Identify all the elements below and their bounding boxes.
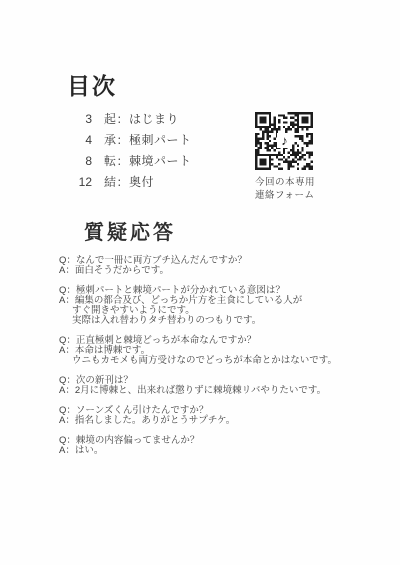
qa-block: Q：ソーンズくん引けたんですか？ A：指名しました。ありがとうサプチケ。: [59, 406, 379, 426]
qa-block: Q：次の新刊は？ A：2月に博棘と、出来れば懲りずに棘境棘リバやりたいです。: [59, 376, 379, 396]
qa-answer: A：2月に博棘と、出来れば懲りずに棘境棘リバやりたいです。: [59, 386, 379, 396]
toc-page-number: 4: [60, 133, 104, 147]
toc-label: 結：奥付: [104, 173, 154, 190]
toc-label: 起：はじまり: [104, 110, 179, 127]
toc-page-number: 3: [60, 112, 104, 126]
toc-list: 3 起：はじまり 4 承：極刺パート 8 転：棘境パート 12 結：奥付: [60, 110, 260, 194]
qa-section: Q：なんで一冊に両方ブチ込んだんですか？ A：面白そうだからです。 Q：極刺パー…: [59, 256, 379, 466]
qa-answer-line: ウニもカモメも両方受けなのでどっちが本命とかはないです。: [59, 356, 379, 366]
doujinshi-toc-page: 目次 3 起：はじまり 4 承：極刺パート 8 転：棘境パート 12 結：奥付 …: [0, 0, 400, 565]
qr-caption-line2: 連絡フォーム: [255, 189, 315, 202]
toc-heading: 目次: [67, 68, 117, 101]
qa-answer-line: 実際は入れ替わりタチ替わりのつもりです。: [59, 316, 379, 326]
qa-block: Q：極刺パートと棘境パートが分かれている意図は？ A：編集の都合及び、どっちか片…: [59, 286, 379, 326]
toc-page-number: 12: [60, 175, 104, 189]
qa-block: Q：正直極刺と棘境どっちが本命なんですか？ A：本命は博棘です。 ウニもカモメも…: [59, 336, 379, 366]
toc-row: 12 結：奥付: [60, 173, 260, 194]
qa-block: Q：なんで一冊に両方ブチ込んだんですか？ A：面白そうだからです。: [59, 256, 379, 276]
toc-row: 3 起：はじまり: [60, 110, 260, 131]
toc-page-number: 8: [60, 154, 104, 168]
toc-label: 承：極刺パート: [104, 131, 192, 148]
music-note-icon: ♪: [277, 133, 292, 148]
toc-row: 4 承：極刺パート: [60, 131, 260, 152]
qa-answer: A：指名しました。ありがとうサプチケ。: [59, 416, 379, 426]
toc-label: 転：棘境パート: [104, 152, 192, 169]
qa-answer: A：はい。: [59, 446, 379, 456]
qa-block: Q：棘境の内容偏ってませんか？ A：はい。: [59, 436, 379, 456]
qa-answer: A：面白そうだからです。: [59, 266, 379, 276]
qr-caption-line1: 今回の本専用: [255, 176, 315, 189]
qa-heading: 質疑応答: [84, 216, 176, 245]
qa-question: Q：棘境の内容偏ってませんか？: [59, 436, 379, 446]
toc-row: 8 転：棘境パート: [60, 152, 260, 173]
qr-contact-block: ♪ 今回の本専用 連絡フォーム: [255, 112, 315, 202]
